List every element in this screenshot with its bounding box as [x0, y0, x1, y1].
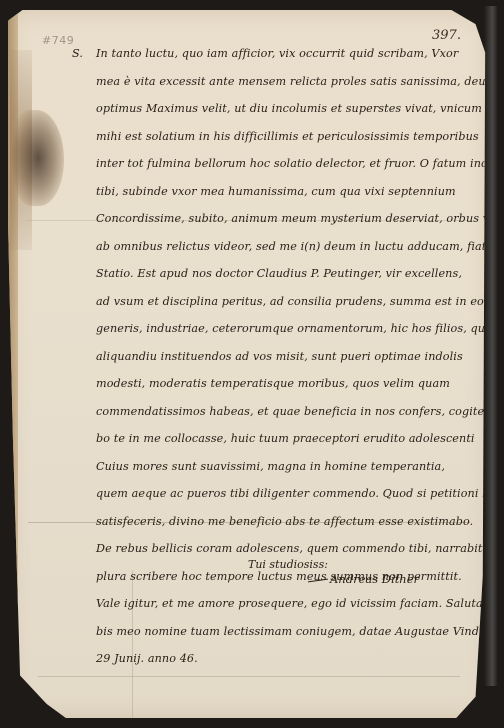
letter-body: S.In tanto luctu, quo iam afficior, vix …: [72, 40, 492, 673]
letter-line: mea è vita excessit ante mensem relicta …: [96, 68, 492, 96]
letter-line: bis meo nomine tuam lectissimam coniugem…: [96, 618, 492, 646]
letter-line: mihi est solatium in his difficillimis e…: [96, 123, 492, 151]
letter-date: 29 Junij. anno 46.: [96, 645, 492, 673]
ink-stain: [12, 110, 64, 206]
letter-line: ad vsum et disciplina peritus, ad consil…: [96, 288, 492, 316]
manuscript-scan: #749 397. S.In tanto luctu, quo iam affi…: [0, 0, 504, 728]
letter-line: tibi, subinde vxor mea humanissima, cum …: [96, 178, 492, 206]
salutation-mark: S.: [72, 40, 96, 68]
letter-line: aliquandiu instituendos ad vos misit, su…: [96, 343, 492, 371]
letter-line: modesti, moderatis temperatisque moribus…: [96, 370, 492, 398]
letter-line: satisfeceris, divino me beneficio abs te…: [96, 508, 492, 536]
paper-sheet: #749 397. S.In tanto luctu, quo iam affi…: [8, 10, 490, 718]
letter-line: Vale igitur, et me amore prosequere, ego…: [96, 590, 492, 618]
letter-line: bo te in me collocasse, huic tuum praece…: [96, 425, 492, 453]
letter-line: Statio. Est apud nos doctor Claudius P. …: [96, 260, 492, 288]
signature: Andreas Dither: [308, 572, 419, 586]
archive-mark: #749: [42, 34, 74, 47]
letter-line: Concordissime, subito, animum meum myste…: [96, 205, 492, 233]
fold-line-bottom: [38, 676, 460, 677]
letter-line: quem aeque ac pueros tibi diligenter com…: [96, 480, 492, 508]
letter-line: Cuius mores sunt suavissimi, magna in ho…: [96, 453, 492, 481]
letter-closing: Tui studiosiss:: [248, 558, 328, 571]
letter-line: S.In tanto luctu, quo iam afficior, vix …: [72, 40, 492, 68]
scan-edge-shadow: [484, 6, 498, 686]
letter-line: inter tot fulmina bellorum hoc solatio d…: [96, 150, 492, 178]
letter-line: ab omnibus relictus videor, sed me i(n) …: [96, 233, 492, 261]
letter-line: optimus Maximus velit, ut diu incolumis …: [96, 95, 492, 123]
letter-line: commendatissimos habeas, et quae benefic…: [96, 398, 492, 426]
letter-line: generis, industriae, ceterorumque orname…: [96, 315, 492, 343]
